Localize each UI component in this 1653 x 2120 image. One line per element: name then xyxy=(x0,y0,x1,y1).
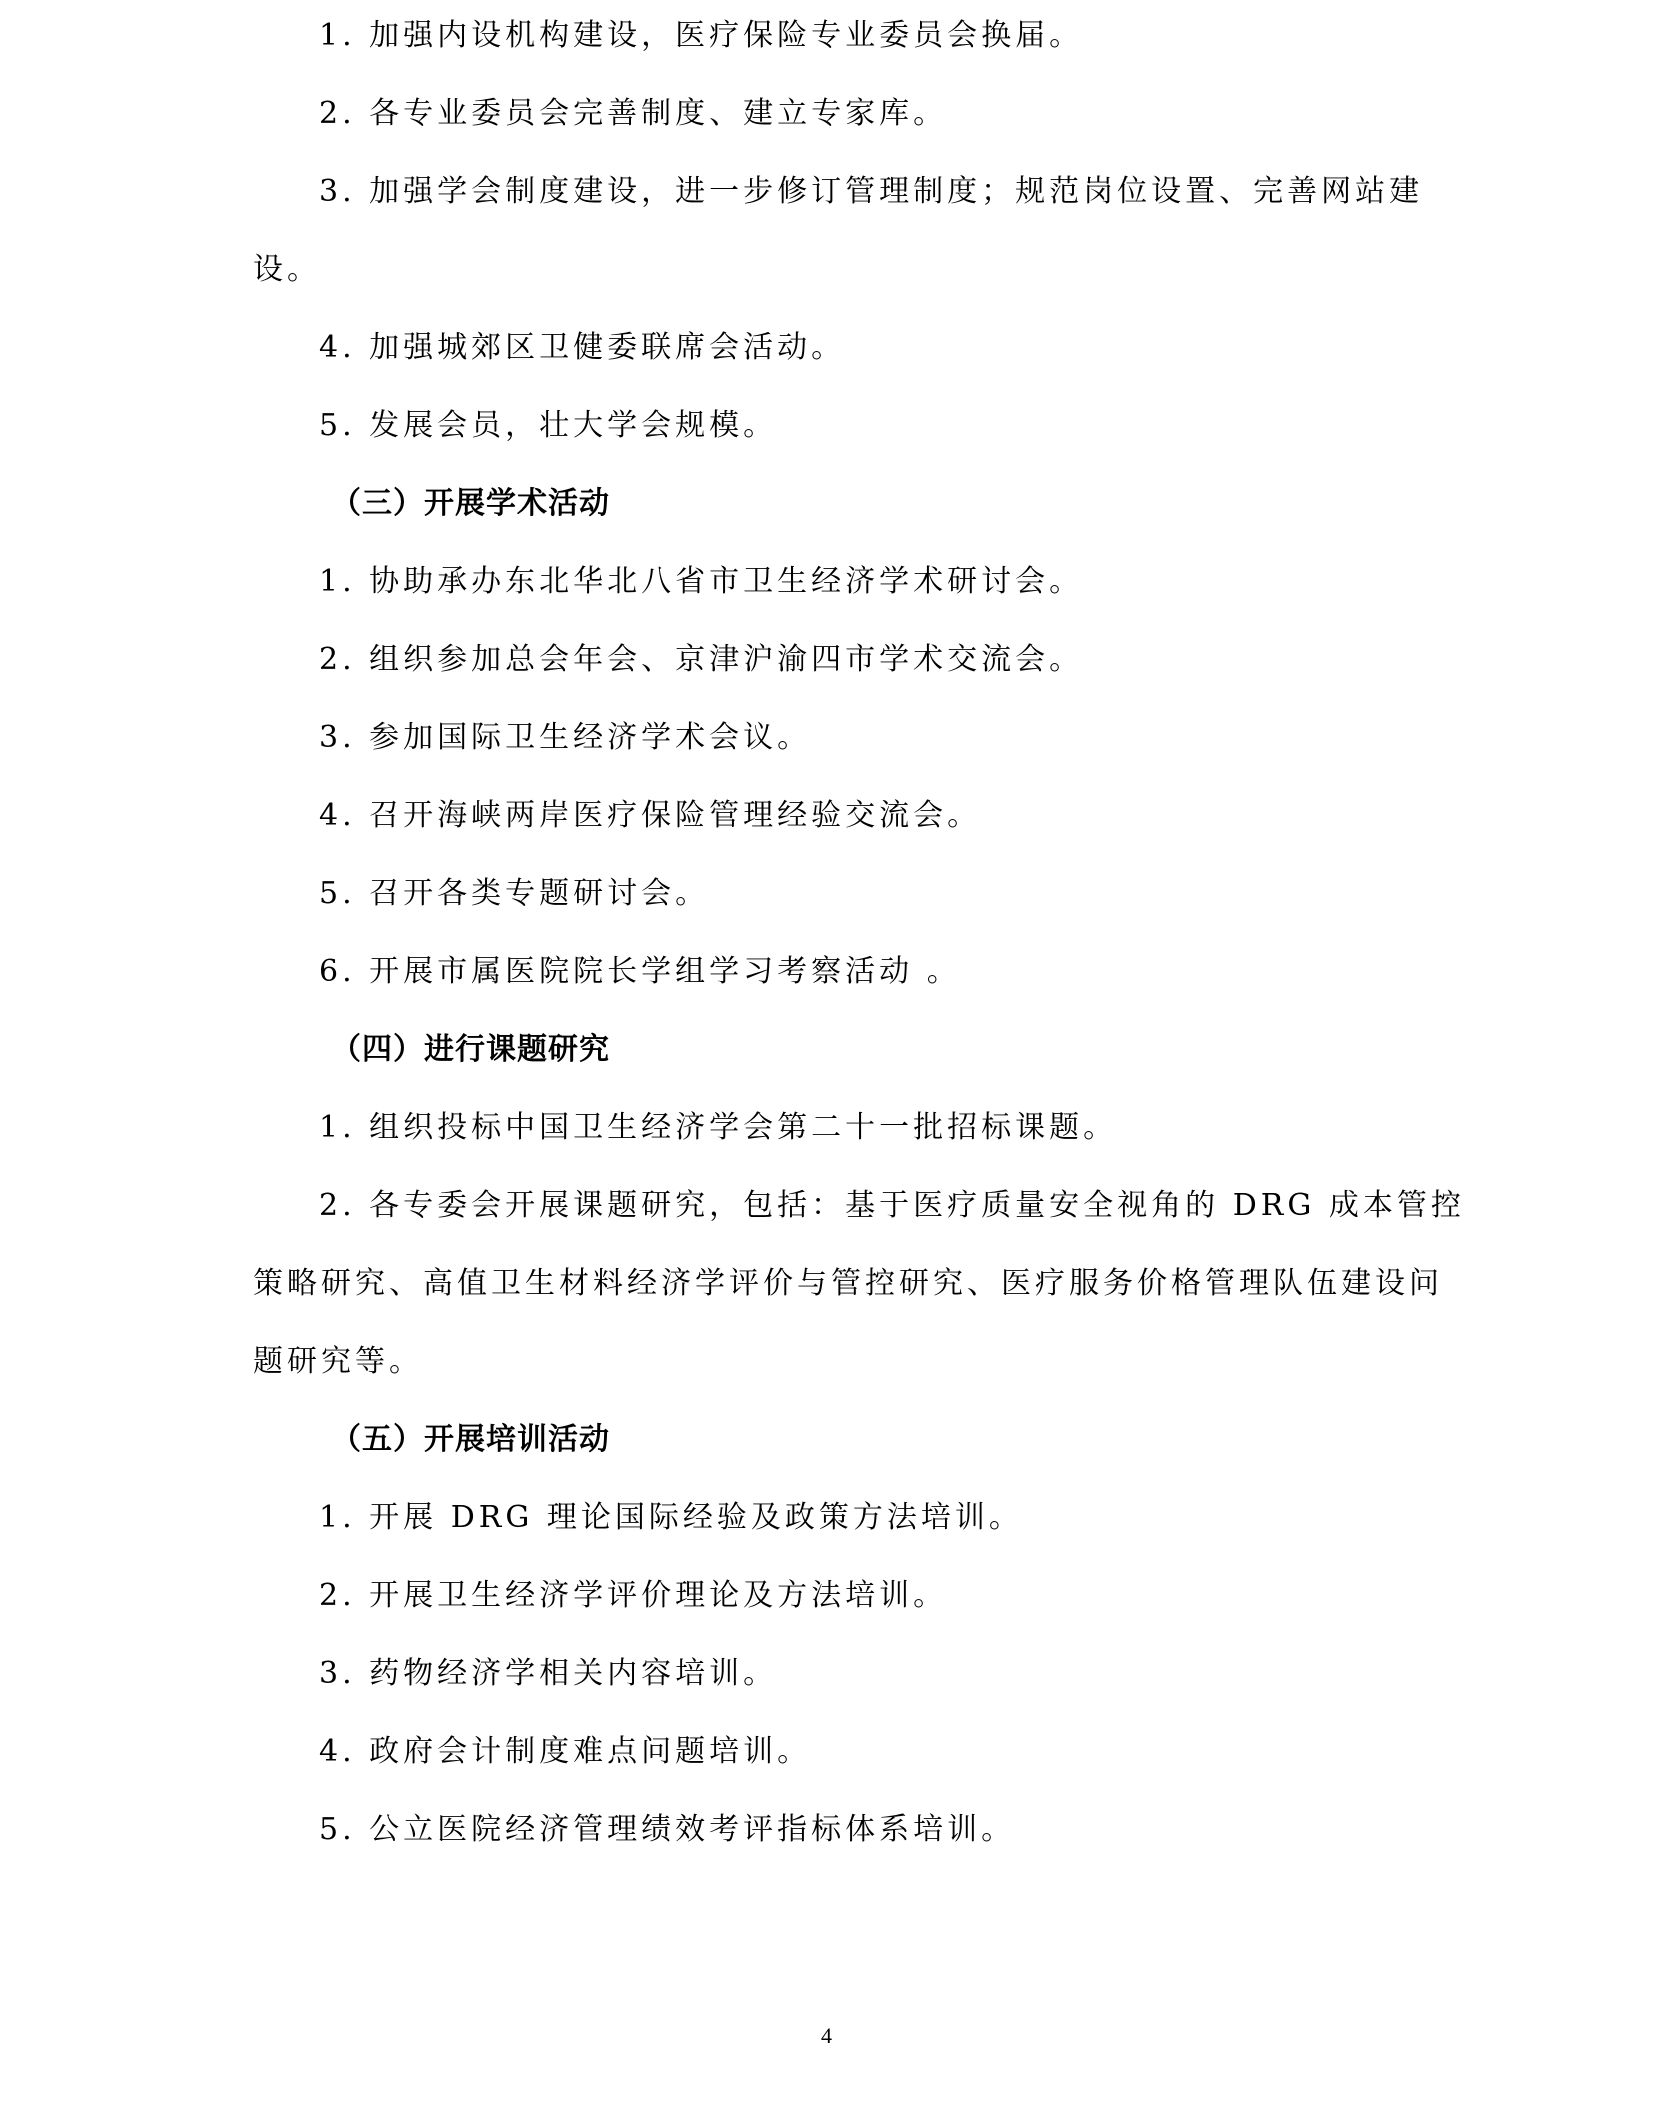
section-heading-training: （五）开展培训活动 xyxy=(331,1420,610,1460)
list-item: 1. 开展 DRG 理论国际经验及政策方法培训。 xyxy=(319,1498,1023,1538)
list-item: 1. 协助承办东北华北八省市卫生经济学术研讨会。 xyxy=(319,562,1083,602)
list-item: 2. 组织参加总会年会、京津沪渝四市学术交流会。 xyxy=(319,640,1083,680)
list-item: 1. 组织投标中国卫生经济学会第二十一批招标课题。 xyxy=(319,1108,1117,1148)
list-item: 3. 参加国际卫生经济学术会议。 xyxy=(319,718,811,758)
list-item: 6. 开展市属医院院长学组学习考察活动 。 xyxy=(319,952,961,992)
page-number: 4 xyxy=(0,2023,1653,2049)
list-item-continuation: 设。 xyxy=(253,250,321,290)
list-item-continuation: 策略研究、高值卫生材料经济学评价与管控研究、医疗服务价格管理队伍建设问 xyxy=(253,1264,1443,1304)
section-heading-research: （四）进行课题研究 xyxy=(331,1030,610,1070)
list-item: 2. 开展卫生经济学评价理论及方法培训。 xyxy=(319,1576,947,1616)
list-item: 4. 加强城郊区卫健委联席会活动。 xyxy=(319,328,845,368)
list-item: 5. 召开各类专题研讨会。 xyxy=(319,874,709,914)
list-item: 1. 加强内设机构建设，医疗保险专业委员会换届。 xyxy=(319,16,1083,56)
list-item: 2. 各专业委员会完善制度、建立专家库。 xyxy=(319,94,947,134)
list-item: 4. 召开海峡两岸医疗保险管理经验交流会。 xyxy=(319,796,981,836)
list-item: 4. 政府会计制度难点问题培训。 xyxy=(319,1732,811,1772)
list-item: 5. 公立医院经济管理绩效考评指标体系培训。 xyxy=(319,1810,1015,1850)
list-item: 3. 加强学会制度建设，进一步修订管理制度；规范岗位设置、完善网站建 xyxy=(319,172,1423,212)
list-item: 3. 药物经济学相关内容培训。 xyxy=(319,1654,777,1694)
list-item: 5. 发展会员，壮大学会规模。 xyxy=(319,406,777,446)
section-heading-academic: （三）开展学术活动 xyxy=(331,484,610,524)
list-item: 2. 各专委会开展课题研究，包括：基于医疗质量安全视角的 DRG 成本管控 xyxy=(319,1186,1465,1226)
list-item-continuation: 题研究等。 xyxy=(253,1342,423,1382)
